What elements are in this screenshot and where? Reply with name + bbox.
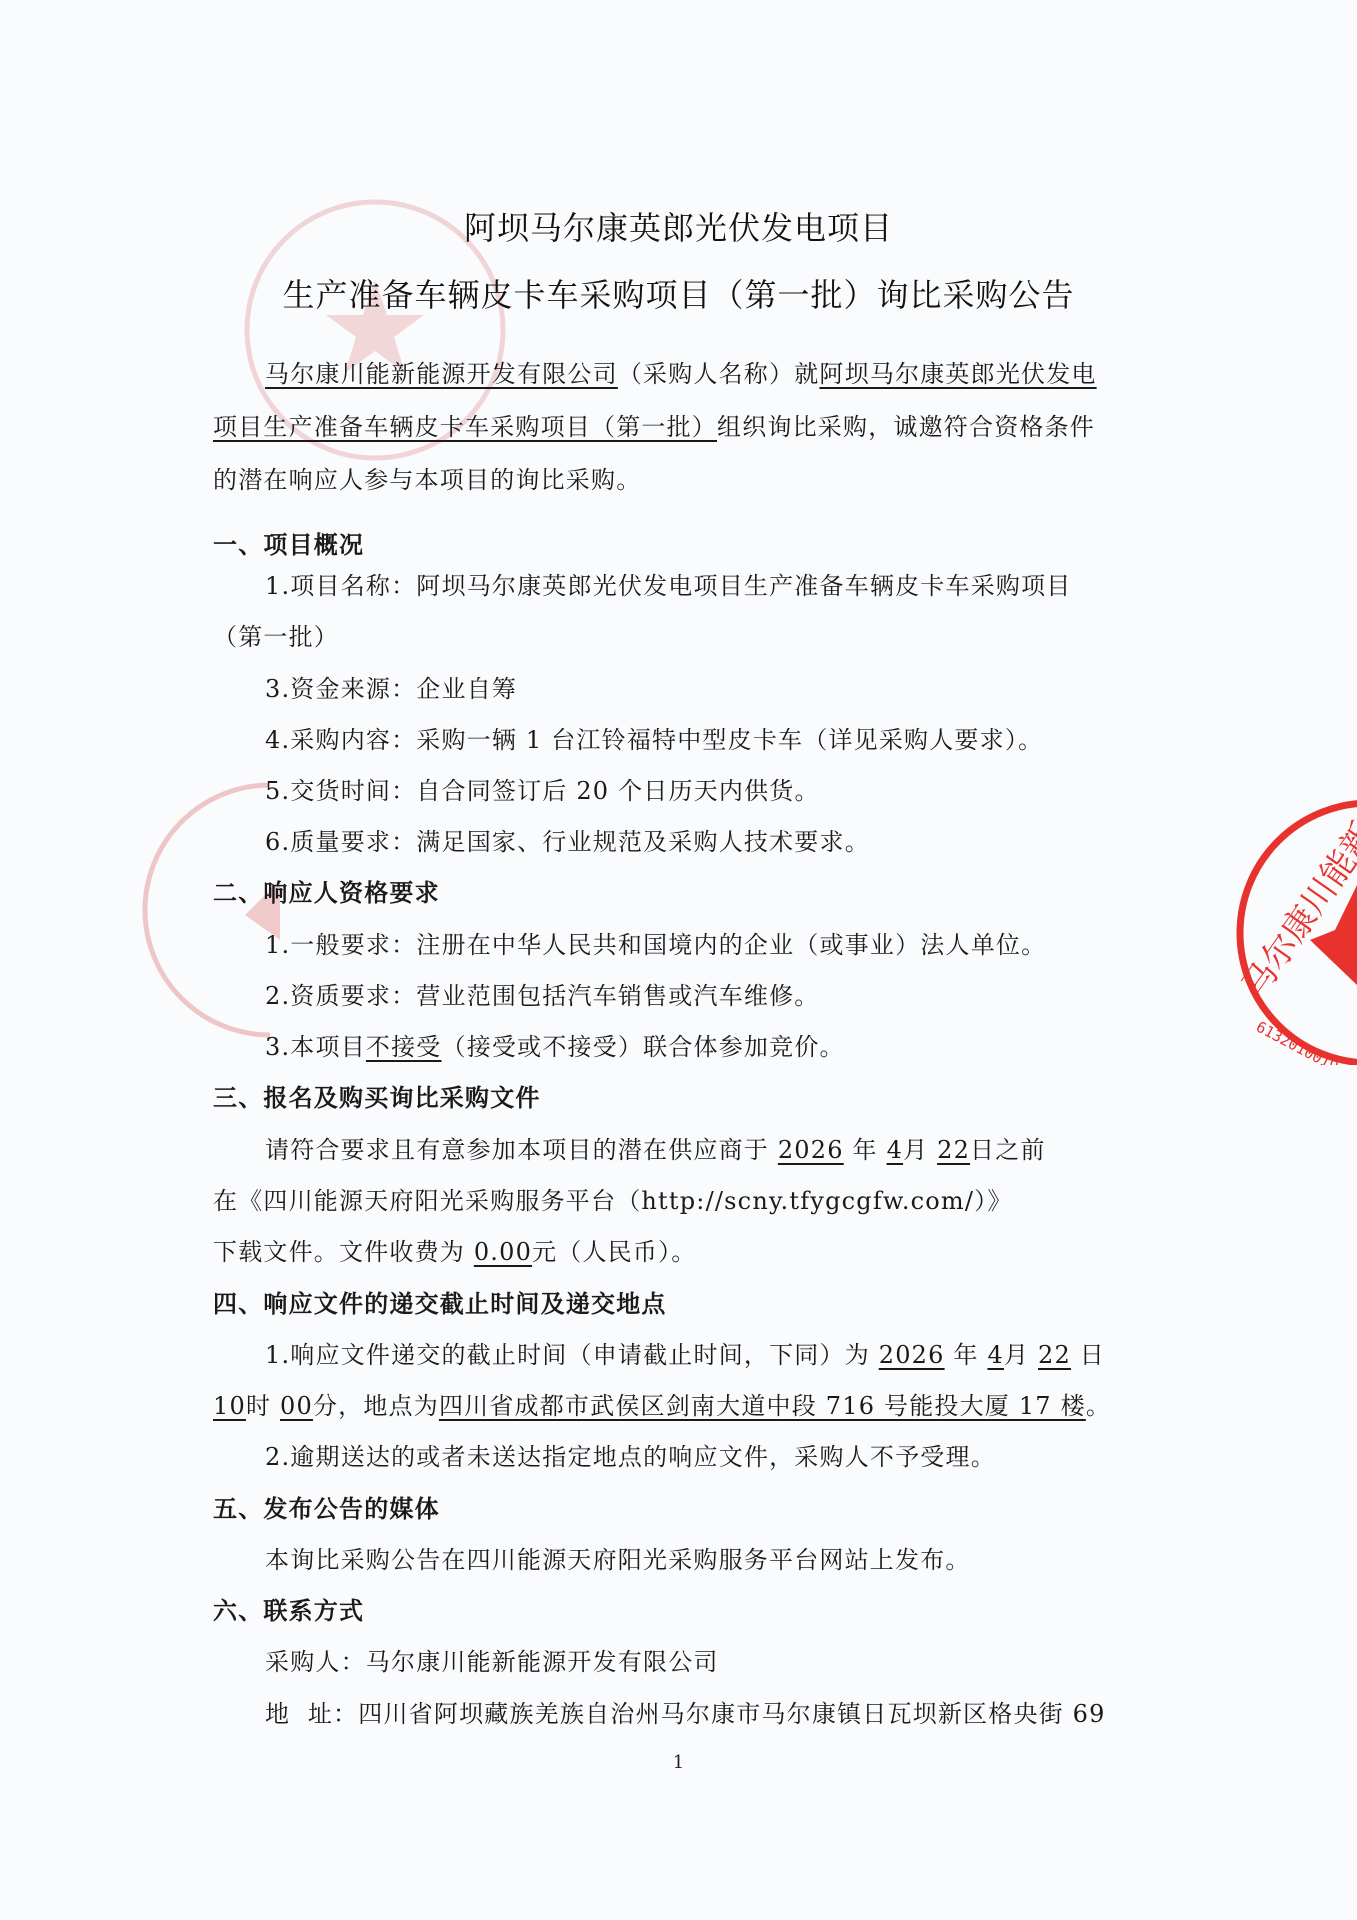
document-title-line1: 阿坝马尔康英郎光伏发电项目 <box>0 203 1357 249</box>
intro-line3: 的潜在响应人参与本项目的询比采购。 <box>213 463 1138 497</box>
document-title-line2: 生产准备车辆皮卡车采购项目（第一批）询比采购公告 <box>0 270 1357 316</box>
section1-item1-cont: （第一批） <box>213 620 1138 654</box>
section4-heading: 四、响应文件的递交截止时间及递交地点 <box>213 1287 1138 1321</box>
purchaser-name: 马尔康川能新能源开发有限公司 <box>265 360 618 388</box>
section4-p2: 2.逾期送达的或者未送达指定地点的响应文件，采购人不予受理。 <box>213 1440 1190 1474</box>
section4-p1: 1.响应文件递交的截止时间（申请截止时间，下同）为 2026 年 4月 22 日 <box>213 1338 1190 1372</box>
document-page: 马尔康川能新 6132010019 阿坝马尔康英郎光伏发电项目 生产准备车辆皮卡… <box>0 0 1357 1920</box>
svg-text:马尔康川能新: 马尔康川能新 <box>1235 815 1357 1005</box>
intro-line1: 马尔康川能新能源开发有限公司（采购人名称）就阿坝马尔康英郎光伏发电 <box>213 357 1190 391</box>
section2-item2: 2.资质要求：营业范围包括汽车销售或汽车维修。 <box>213 979 1190 1013</box>
section1-item5: 5.交货时间：自合同签订后 20 个日历天内供货。 <box>213 774 1190 808</box>
contact-address: 地 址：四川省阿坝藏族羌族自治州马尔康市马尔康镇日瓦坝新区格央街 69 <box>213 1697 1190 1731</box>
section5-p1: 本询比采购公告在四川能源天府阳光采购服务平台网站上发布。 <box>213 1543 1190 1577</box>
consortium-acceptance: 不接受 <box>366 1033 442 1061</box>
section3-p1: 请符合要求且有意参加本项目的潜在供应商于 2026 年 4月 22日之前 <box>213 1133 1190 1167</box>
section1-item3: 3.资金来源：企业自筹 <box>213 672 1190 706</box>
section1-item4: 4.采购内容：采购一辆 1 台江铃福特中型皮卡车（详见采购人要求）。 <box>213 723 1190 757</box>
project-name-part2: 项目生产准备车辆皮卡车采购项目（第一批） <box>213 413 717 441</box>
section3-p2: 在《四川能源天府阳光采购服务平台（http://scny.tfygcgfw.co… <box>213 1184 1138 1218</box>
submission-location: 四川省成都市武侯区剑南大道中段 716 号能投大厦 17 楼 <box>439 1392 1086 1420</box>
section4-p1-cont: 10时 00分，地点为四川省成都市武侯区剑南大道中段 716 号能投大厦 17 … <box>213 1389 1138 1423</box>
contact-purchaser: 采购人：马尔康川能新能源开发有限公司 <box>213 1645 1190 1679</box>
svg-text:6132010019: 6132010019 <box>1253 1018 1341 1065</box>
section1-item1: 1.项目名称：阿坝马尔康英郎光伏发电项目生产准备车辆皮卡车采购项目 <box>213 569 1190 603</box>
section1-heading: 一、项目概况 <box>213 528 1138 562</box>
page-number: 1 <box>0 1752 1357 1773</box>
section2-heading: 二、响应人资格要求 <box>213 876 1138 910</box>
intro-line2: 项目生产准备车辆皮卡车采购项目（第一批）组织询比采购，诚邀符合资格条件 <box>213 410 1138 444</box>
official-seal-red: 马尔康川能新 6132010019 <box>1200 800 1357 1065</box>
section1-item6: 6.质量要求：满足国家、行业规范及采购人技术要求。 <box>213 825 1190 859</box>
section2-item1: 1.一般要求：注册在中华人民共和国境内的企业（或事业）法人单位。 <box>213 928 1190 962</box>
section2-item3: 3.本项目不接受（接受或不接受）联合体参加竞价。 <box>213 1030 1190 1064</box>
project-name-part1: 阿坝马尔康英郎光伏发电 <box>819 360 1096 388</box>
section5-heading: 五、发布公告的媒体 <box>213 1492 1138 1526</box>
section3-p3: 下载文件。文件收费为 0.00元（人民币）。 <box>213 1235 1138 1269</box>
section3-heading: 三、报名及购买询比采购文件 <box>213 1081 1138 1115</box>
document-fee: 0.00 <box>474 1238 532 1266</box>
section6-heading: 六、联系方式 <box>213 1594 1138 1628</box>
